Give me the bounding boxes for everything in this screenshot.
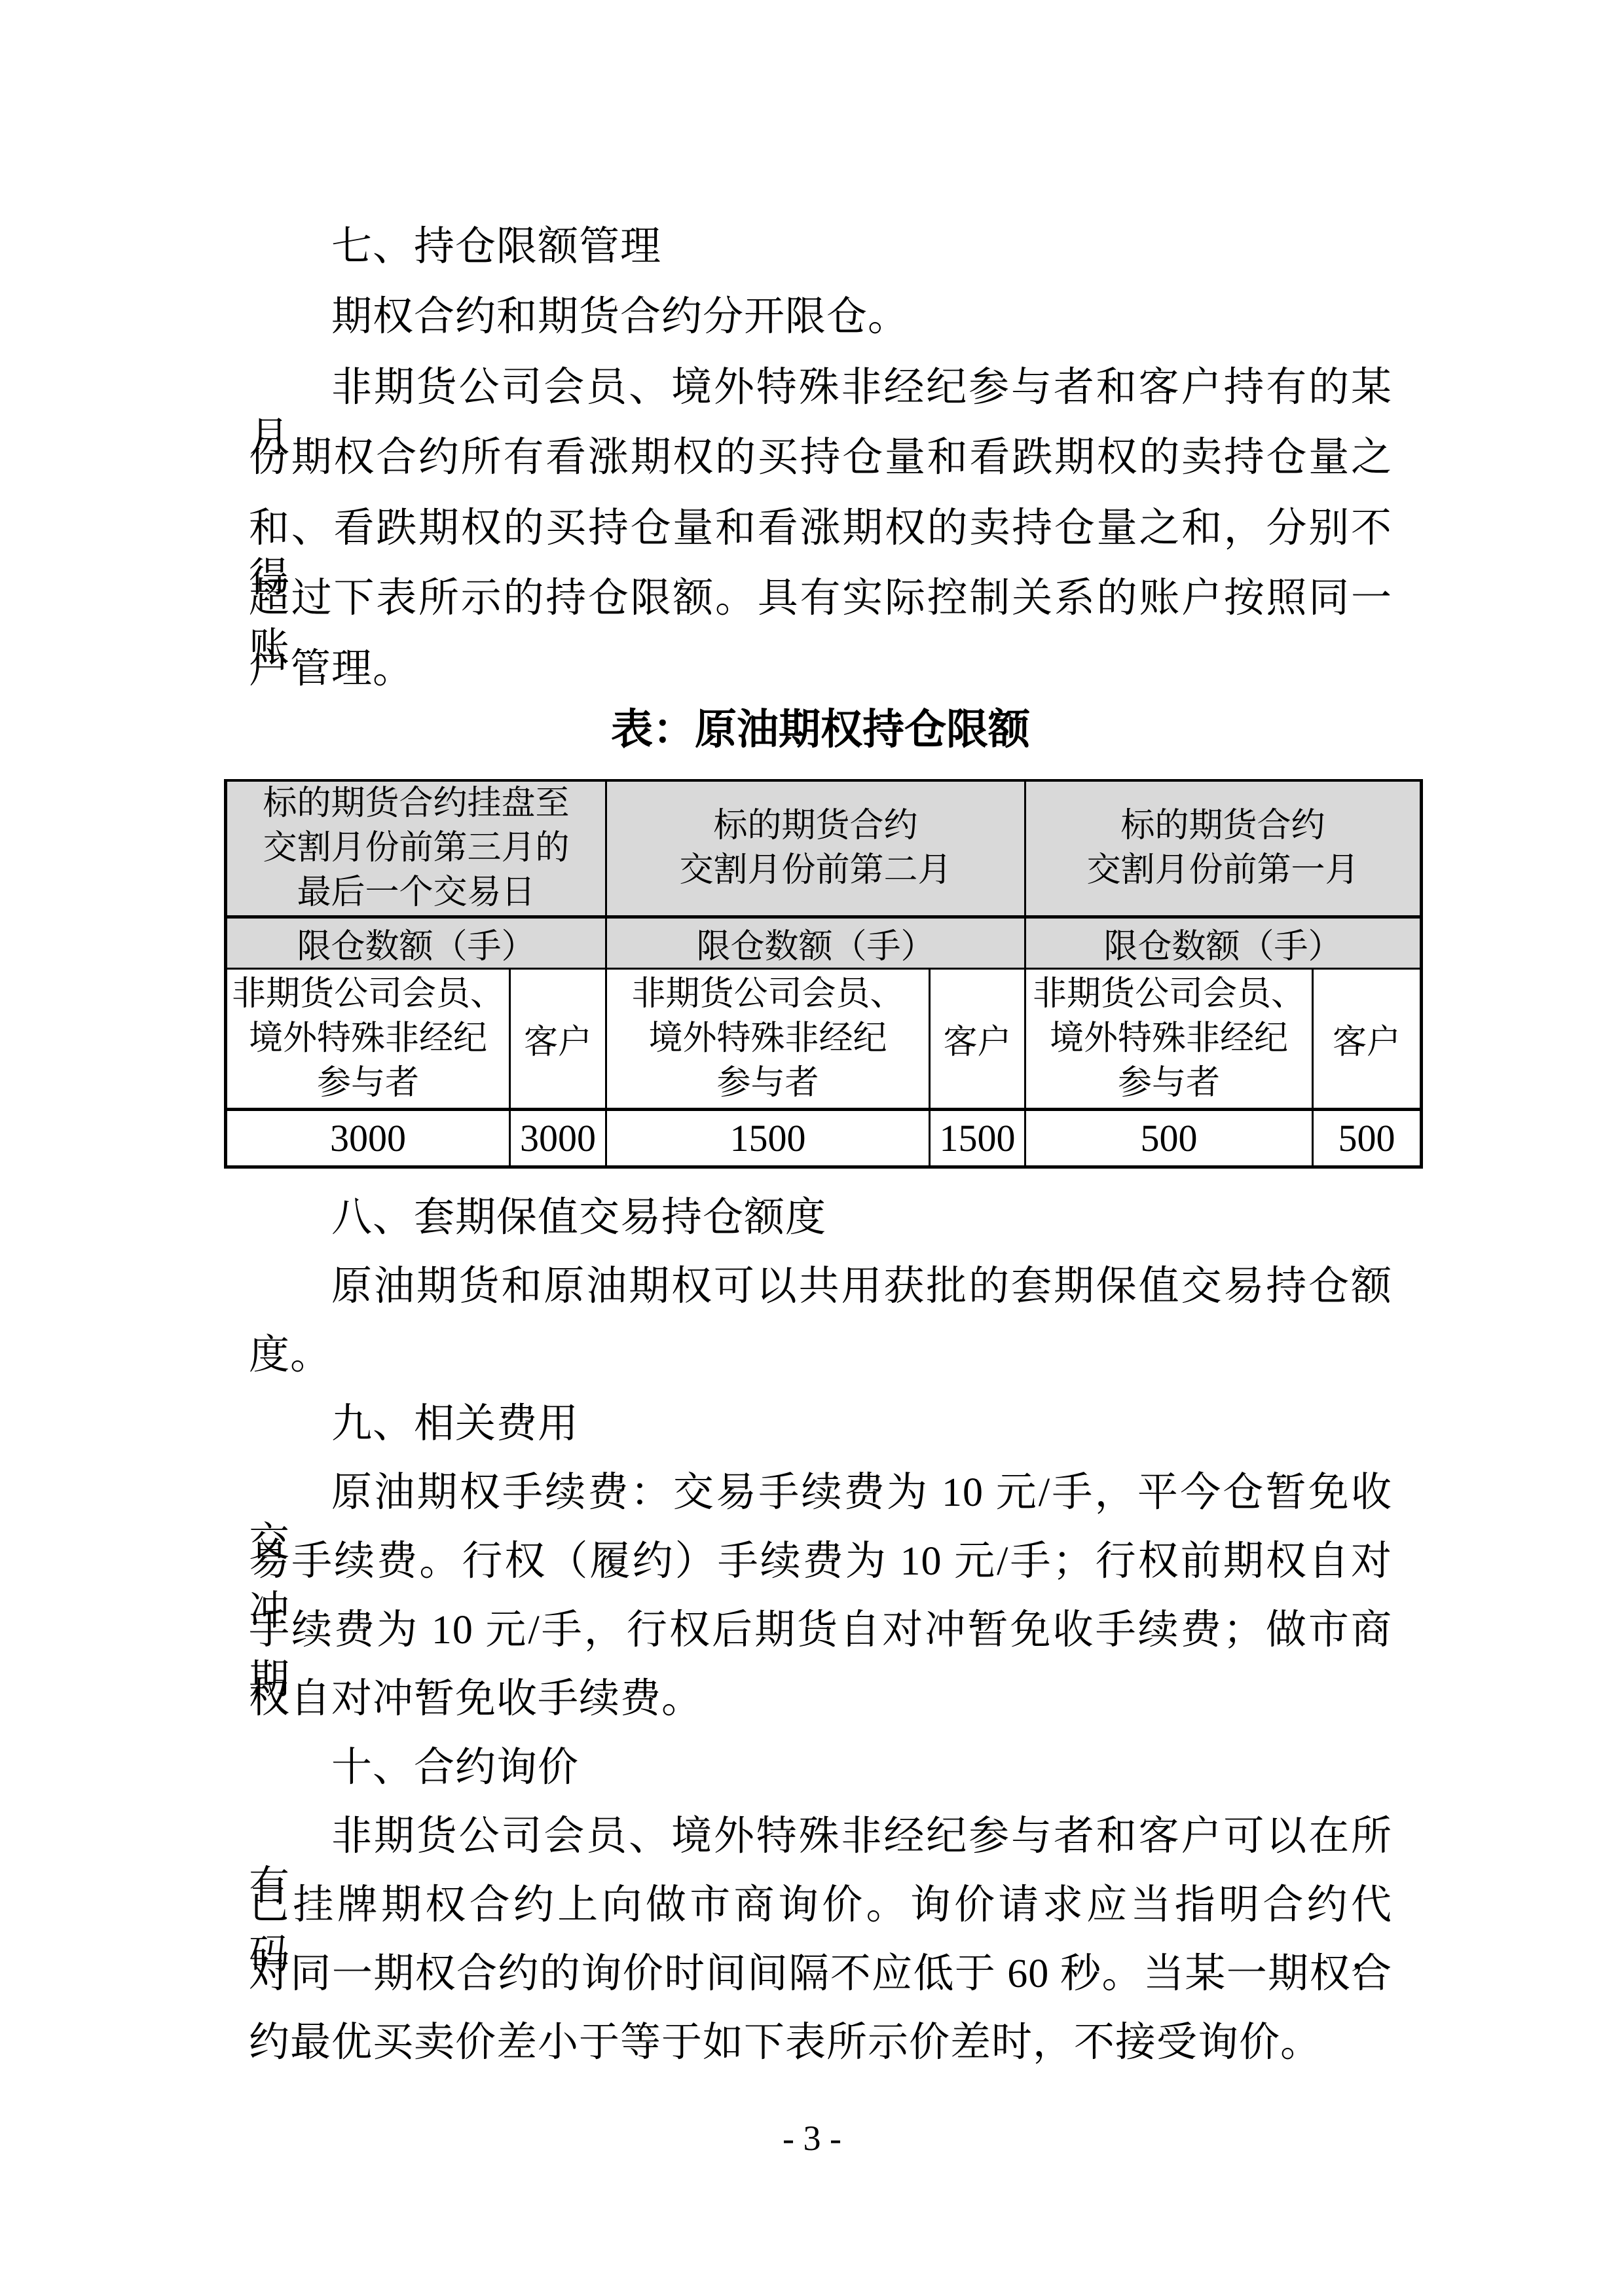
table-cell-member-label-3: 非期货公司会员、 境外特殊非经纪 参与者 (1025, 969, 1313, 1110)
paragraph-line: 原油期货和原油期权可以共用获批的套期保值交易持仓额 (249, 1262, 1392, 1311)
paragraph-line: 易手续费。行权（履约）手续费为 10 元/手；行权前期权自对冲 (249, 1537, 1392, 1586)
heading-section-8: 八、套期保值交易持仓额度 (249, 1193, 1392, 1243)
heading-section-10: 十、合约询价 (249, 1743, 1392, 1793)
table-cell-member-limit-2: 1500 (606, 1110, 930, 1167)
table-cell-client-label-1: 客户 (510, 969, 606, 1110)
table-cell-client-label-2: 客户 (930, 969, 1025, 1110)
table-cell-client-limit-3: 500 (1313, 1110, 1422, 1167)
table-cell-period-1: 标的期货合约挂盘至 交割月份前第三月的 最后一个交易日 (226, 780, 606, 917)
paragraph-line: 和、看跌期权的买持仓量和看涨期权的卖持仓量之和，分别不得 (249, 503, 1392, 553)
table-cell-member-label-2: 非期货公司会员、 境外特殊非经纪 参与者 (606, 969, 930, 1110)
table-row-period: 标的期货合约挂盘至 交割月份前第三月的 最后一个交易日 标的期货合约 交割月份前… (226, 780, 1422, 917)
heading-section-9: 九、相关费用 (249, 1399, 1392, 1449)
table-caption: 表：原油期权持仓限额 (249, 704, 1392, 754)
table-cell-limit-header-3: 限仓数额（手） (1025, 917, 1422, 969)
page-number: - 3 - (0, 2119, 1624, 2158)
paragraph-line: 度。 (249, 1330, 1392, 1380)
table-cell-client-label-3: 客户 (1313, 969, 1422, 1110)
paragraph-line: 原油期权手续费：交易手续费为 10 元/手，平今仓暂免收交 (249, 1468, 1392, 1518)
table-cell-member-limit-3: 500 (1025, 1110, 1313, 1167)
paragraph-line: 份期权合约所有看涨期权的买持仓量和看跌期权的卖持仓量之 (249, 433, 1392, 483)
paragraph-line: 已挂牌期权合约上向做市商询价。询价请求应当指明合约代码， (249, 1880, 1392, 1930)
table-row-party: 非期货公司会员、 境外特殊非经纪 参与者 客户 非期货公司会员、 境外特殊非经纪… (226, 969, 1422, 1110)
heading-section-7: 七、持仓限额管理 (249, 222, 1392, 272)
table-cell-limit-header-2: 限仓数额（手） (606, 917, 1025, 969)
table-cell-limit-header-1: 限仓数额（手） (226, 917, 606, 969)
paragraph-line: 非期货公司会员、境外特殊非经纪参与者和客户可以在所有 (249, 1812, 1392, 1861)
paragraph-line: 权自对冲暂免收手续费。 (249, 1674, 1392, 1724)
paragraph-line: 超过下表所示的持仓限额。具有实际控制关系的账户按照同一账 (249, 574, 1392, 623)
position-limit-table: 标的期货合约挂盘至 交割月份前第三月的 最后一个交易日 标的期货合约 交割月份前… (224, 779, 1423, 1169)
table-cell-period-2: 标的期货合约 交割月份前第二月 (606, 780, 1025, 917)
table-cell-client-limit-2: 1500 (930, 1110, 1025, 1167)
table-cell-member-limit-1: 3000 (226, 1110, 510, 1167)
table-cell-member-label-1: 非期货公司会员、 境外特殊非经纪 参与者 (226, 969, 510, 1110)
table-row-values: 3000 3000 1500 1500 500 500 (226, 1110, 1422, 1167)
table-row-limit-header: 限仓数额（手） 限仓数额（手） 限仓数额（手） (226, 917, 1422, 969)
paragraph-line: 约最优买卖价差小于等于如下表所示价差时，不接受询价。 (249, 2018, 1392, 2068)
table-cell-client-limit-1: 3000 (510, 1110, 606, 1167)
table-cell-period-3: 标的期货合约 交割月份前第一月 (1025, 780, 1422, 917)
document-page: 七、持仓限额管理 期权合约和期货合约分开限仓。 非期货公司会员、境外特殊非经纪参… (0, 0, 1624, 2296)
paragraph-line: 对同一期权合约的询价时间间隔不应低于 60 秒。当某一期权合 (249, 1949, 1392, 1999)
paragraph-line: 户管理。 (249, 644, 1392, 694)
paragraph-line: 手续费为 10 元/手，行权后期货自对冲暂免收手续费；做市商期 (249, 1605, 1392, 1655)
paragraph-line: 期权合约和期货合约分开限仓。 (249, 292, 1392, 342)
paragraph-line: 非期货公司会员、境外特殊非经纪参与者和客户持有的某月 (249, 363, 1392, 412)
